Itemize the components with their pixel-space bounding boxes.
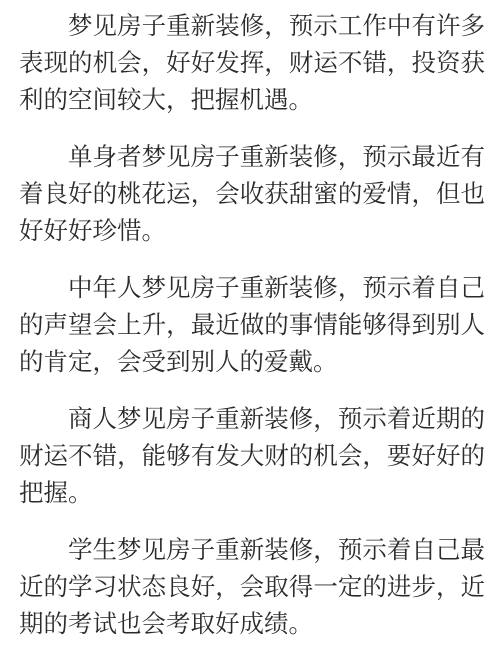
screenshot-root: { "article": { "background_color": "#fff…: [0, 0, 500, 667]
paragraph-student: 学生梦见房子重新装修，预示着自己最近的学习状态良好，会取得一定的进步，近期的考试…: [19, 532, 485, 643]
article-page: 梦见房子重新装修，预示工作中有许多表现的机会，好好发挥，财运不错，投资获利的空间…: [0, 0, 500, 667]
paragraph-businessman: 商人梦见房子重新装修，预示着近期的财运不错，能够有发大财的机会，要好好的把握。: [19, 401, 485, 512]
paragraph-general-meaning: 梦见房子重新装修，预示工作中有许多表现的机会，好好发挥，财运不错，投资获利的空间…: [19, 8, 485, 119]
paragraph-middle-aged: 中年人梦见房子重新装修，预示着自己的声望会上升，最近做的事情能够得到别人的肯定，…: [19, 270, 485, 381]
paragraph-single-person: 单身者梦见房子重新装修，预示最近有着良好的桃花运，会收获甜蜜的爱情，但也好好好珍…: [19, 139, 485, 250]
